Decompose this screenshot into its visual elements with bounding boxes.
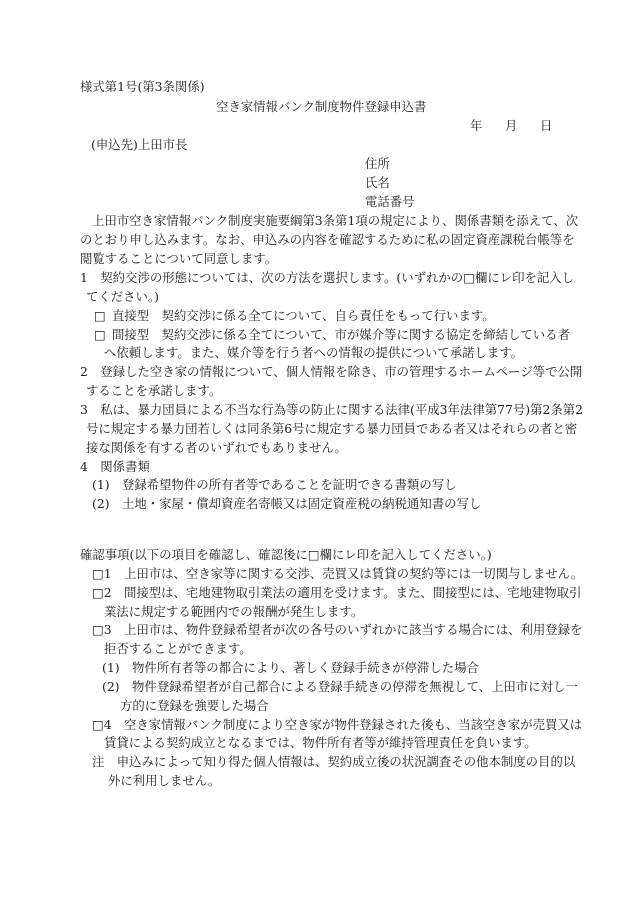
name-label: 氏名	[365, 175, 390, 191]
document-item: (1) 登録希望物件の所有者等であることを証明できる書類の写し	[92, 477, 457, 493]
confirm-item-2-cont: 業法に規定する範囲内での報酬が発生します。	[104, 604, 363, 620]
section3-line: 3 私は、暴力団員による不当な行為等の防止に関する法律(平成3年法律第77号)第…	[80, 402, 548, 418]
confirm-subitem: (1) 物件所有者等の都合により、著しく登録手続きが停滞した場合	[102, 660, 479, 676]
confirm-item-4-cont: 賃貸による契約成立となるまでは、物件所有者等が維持管理責任を負います。	[104, 735, 537, 751]
date-year-label: 年	[470, 118, 482, 134]
section1-line: 1 契約交渉の形態については、次の方法を選択します。(いずれかの□欄にレ印を記入…	[80, 270, 548, 286]
option-indirect-label-cont: へ依頼します。また、媒介等を行う者への情報の提供について承諾します。	[104, 345, 523, 361]
intro-line: 閲覧することについて同意します。	[80, 251, 277, 267]
confirm-subitem-cont: 方的に登録を強要した場合	[120, 698, 269, 714]
document-item: (2) 土地・家屋・償却資産名寄帳又は固定資産税の納税通知書の写し	[92, 496, 481, 512]
note-line: 注 申込みによって知り得た個人情報は、契約成立後の状況調査その他本制度の目的以	[92, 754, 548, 770]
note-line: 外に利用しません。	[108, 773, 220, 789]
phone-label: 電話番号	[365, 194, 415, 210]
section3-line: 接な関係を有する者のいずれでもありません。	[86, 440, 347, 456]
page-title: 空き家情報バンク制度物件登録申込書	[216, 99, 426, 115]
date-month-label: 月	[505, 118, 517, 134]
intro-line: のとおり申し込みます。なお、申込みの内容を確認するために私の固定資産課税台帳等を	[80, 232, 548, 248]
section2-line: 2 登録した空き家の情報について、個人情報を除き、市の管理するホームページ等で公…	[80, 364, 548, 380]
option-indirect-label: 間接型 契約交渉に係る全てについて、市が媒介等に関する協定を締結している者	[112, 327, 548, 343]
confirm-heading: 確認事項(以下の項目を確認し、確認後に□欄にレ印を記入してください。)	[80, 547, 492, 563]
section2-line: することを承諾します。	[86, 383, 221, 399]
recipient: (申込先)上田市長	[91, 137, 187, 153]
confirm-item-3-cont: 拒否することができます。	[104, 641, 252, 657]
confirm-subitem: (2) 物件登録希望者が自己都合による登録手続きの停滞を無視して、上田市に対し一	[102, 679, 548, 695]
option-indirect[interactable]: □	[94, 327, 106, 343]
date-day-label: 日	[540, 118, 552, 134]
confirm-item-4[interactable]: □4 空き家情報バンク制度により空き家が物件登録された後も、当該空き家が売買又は	[92, 717, 548, 733]
address-label: 住所	[365, 156, 390, 172]
form-number: 様式第1号(第3条関係)	[80, 79, 205, 95]
confirm-item-1[interactable]: □1 上田市は、空き家等に関する交渉、売買又は賃貸の契約等には一切関与しません。	[92, 566, 548, 582]
intro-line: 上田市空き家情報バンク制度実施要綱第3条第1項の規定により、関係書類を添えて、次	[92, 213, 548, 229]
section1-line: てください。)	[86, 289, 159, 305]
confirm-item-3[interactable]: □3 上田市は、物件登録希望者が次の各号のいずれかに該当する場合には、利用登録を	[92, 622, 548, 638]
option-direct-label: 直接型 契約交渉に係る全てについて、自ら責任をもって行います。	[112, 308, 495, 324]
section4-heading: 4 関係書類	[80, 459, 150, 475]
section3-line: 号に規定する暴力団若しくは同条第6号に規定する暴力団員である者又はそれらの者と密	[86, 421, 548, 437]
confirm-item-2[interactable]: □2 間接型は、宅地建物取引業法の適用を受けます。また、間接型には、宅地建物取引	[92, 585, 548, 601]
option-direct[interactable]: □	[94, 308, 106, 324]
